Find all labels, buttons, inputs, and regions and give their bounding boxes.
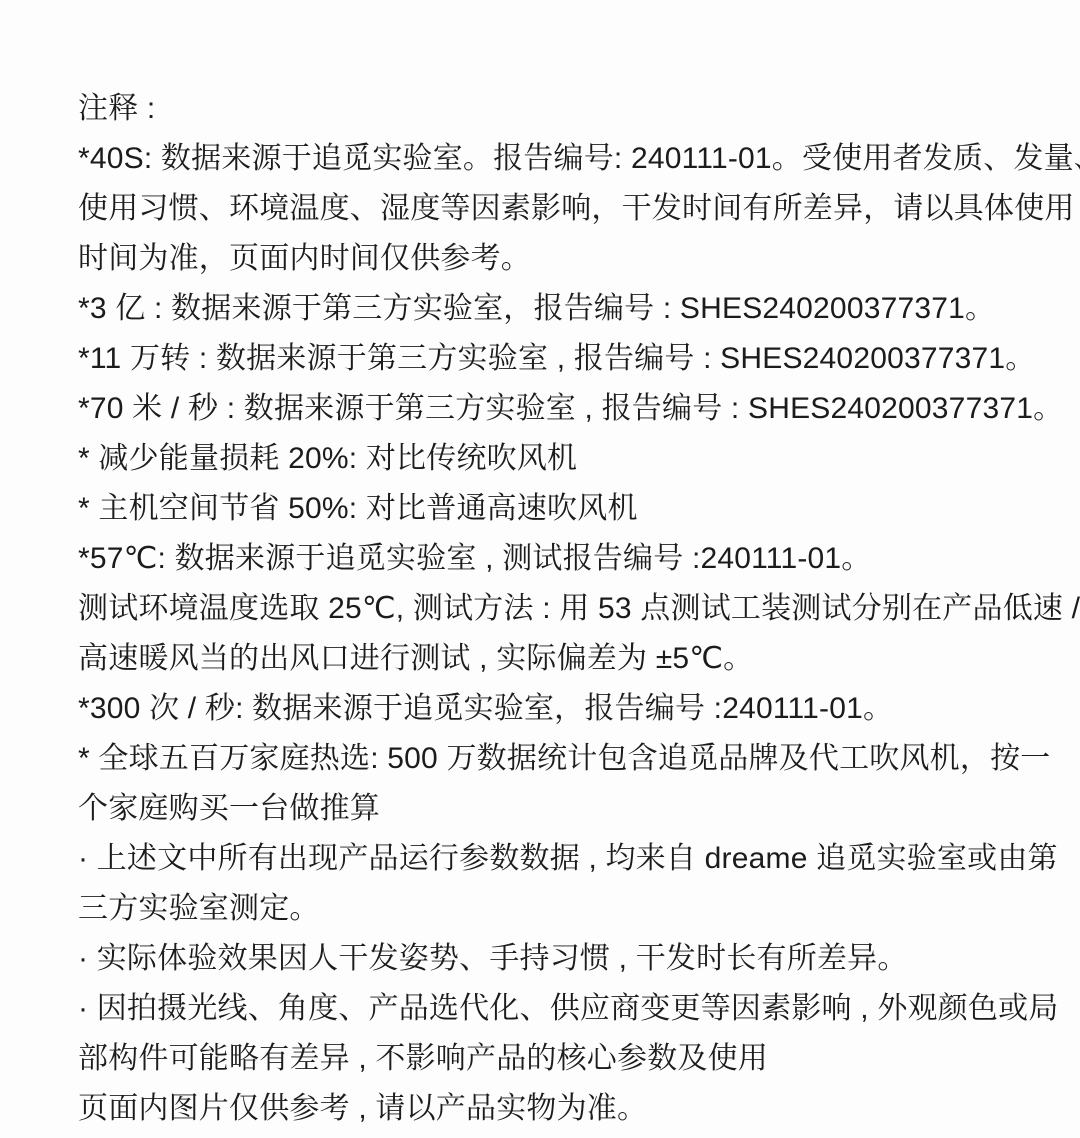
note-line-5m-families: * 全球五百万家庭热选: 500 万数据统计包含追觅品牌及代工吹风机，按一 xyxy=(78,734,1040,784)
note-line-5m-families-cont: 个家庭购买一台做推算 xyxy=(78,784,1040,834)
note-line-40s-cont-2: 时间为准，页面内时间仅供参考。 xyxy=(78,234,1040,284)
note-line-3yi: *3 亿 : 数据来源于第三方实验室，报告编号 : SHES2402003773… xyxy=(78,284,1040,334)
note-line-experience-varies: · 实际体验效果因人干发姿势、手持习惯 , 干发时长有所差异。 xyxy=(78,934,1040,984)
note-line-appearance-varies-cont: 部构件可能略有差异 , 不影响产品的核心参数及使用 xyxy=(78,1034,1040,1084)
note-line-40s: *40S: 数据来源于追觅实验室。报告编号: 240111-01。受使用者发质、… xyxy=(78,134,1040,184)
note-line-57c-cont-1: 测试环境温度选取 25℃, 测试方法 : 用 53 点测试工装测试分别在产品低速… xyxy=(78,584,1040,634)
note-line-energy-20pct: * 减少能量损耗 20%: 对比传统吹风机 xyxy=(78,434,1040,484)
note-line-space-50pct: * 主机空间节省 50%: 对比普通高速吹风机 xyxy=(78,484,1040,534)
note-line-57c-cont-2: 高速暖风当的出风口进行测试 , 实际偏差为 ±5℃。 xyxy=(78,634,1040,684)
note-line-appearance-varies: · 因拍摄光线、角度、产品选代化、供应商变更等因素影响 , 外观颜色或局 xyxy=(78,984,1040,1034)
notes-title: 注释 : xyxy=(78,84,1040,134)
note-line-110k-rpm: *11 万转 : 数据来源于第三方实验室 , 报告编号 : SHES240200… xyxy=(78,334,1040,384)
note-line-lab-source: · 上述文中所有出现产品运行参数数据 , 均来自 dreame 追觅实验室或由第 xyxy=(78,834,1040,884)
note-line-lab-source-cont: 三方实验室测定。 xyxy=(78,884,1040,934)
note-line-40s-cont-1: 使用习惯、环境温度、湿度等因素影响，干发时间有所差异，请以具体使用 xyxy=(78,184,1040,234)
note-line-images-reference-only: 页面内图片仅供参考 , 请以产品实物为准。 xyxy=(78,1084,1040,1134)
note-line-57c: *57℃: 数据来源于追觅实验室 , 测试报告编号 :240111-01。 xyxy=(78,534,1040,584)
note-line-70ms: *70 米 / 秒 : 数据来源于第三方实验室 , 报告编号 : SHES240… xyxy=(78,384,1040,434)
note-line-300-per-sec: *300 次 / 秒: 数据来源于追觅实验室，报告编号 :240111-01。 xyxy=(78,684,1040,734)
notes-section: 注释 : *40S: 数据来源于追觅实验室。报告编号: 240111-01。受使… xyxy=(0,0,1080,1138)
